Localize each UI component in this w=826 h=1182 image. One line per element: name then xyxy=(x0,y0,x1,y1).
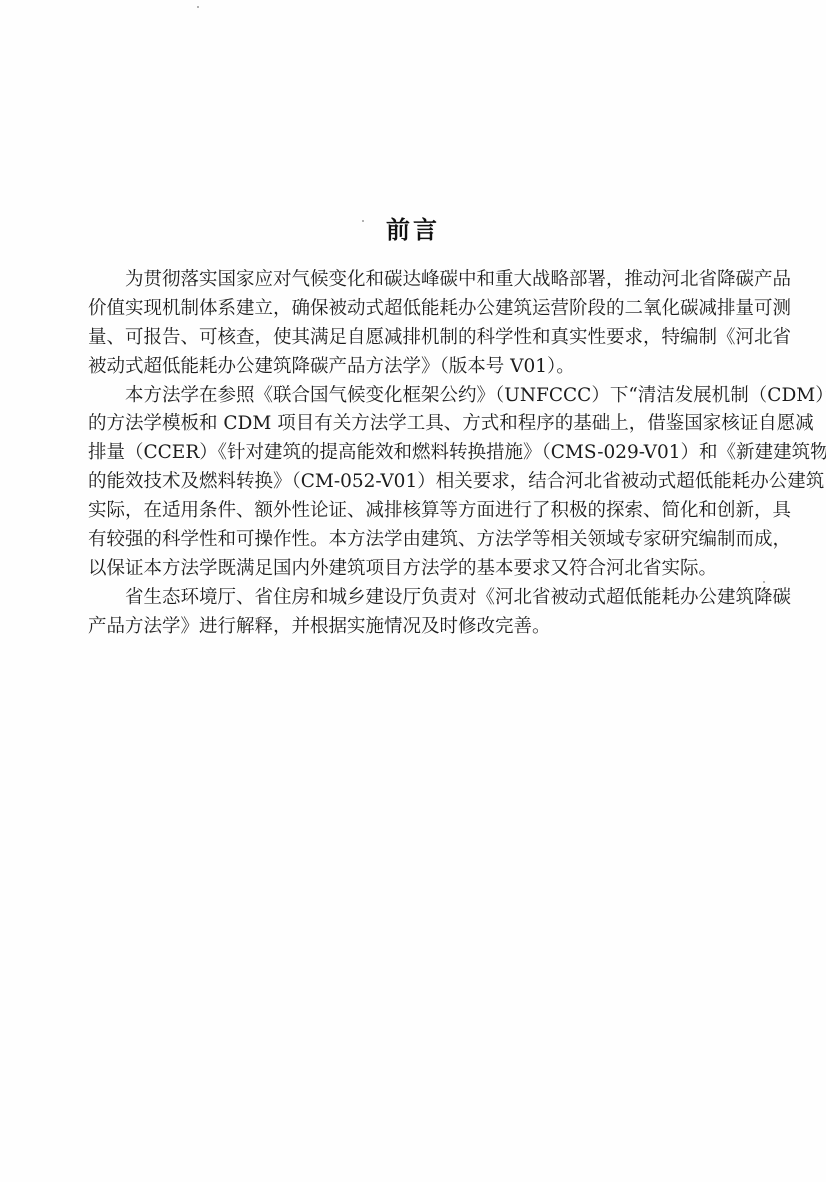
scan-speck xyxy=(763,581,765,583)
text-line: 有较强的科学性和可操作性。本方法学由建筑、方法学等相关领域专家研究编制而成， xyxy=(88,526,740,555)
scan-speck xyxy=(197,6,199,8)
document-body: 为贯彻落实国家应对气候变化和碳达峰碳中和重大战略部署，推动河北省降碳产品 价值实… xyxy=(88,266,740,642)
text-line: 以保证本方法学既满足国内外建筑项目方法学的基本要求又符合河北省实际。 xyxy=(88,555,740,584)
text-line: 的方法学模板和 CDM 项目有关方法学工具、方式和程序的基础上，借鉴国家核证自愿… xyxy=(88,410,740,439)
document-page: 前言 为贯彻落实国家应对气候变化和碳达峰碳中和重大战略部署，推动河北省降碳产品 … xyxy=(0,0,826,1182)
text-line: 为贯彻落实国家应对气候变化和碳达峰碳中和重大战略部署，推动河北省降碳产品 xyxy=(88,266,740,295)
text-line: 量、可报告、可核查，使其满足自愿减排机制的科学性和真实性要求，特编制《河北省 xyxy=(88,324,740,353)
paragraph-1: 为贯彻落实国家应对气候变化和碳达峰碳中和重大战略部署，推动河北省降碳产品 价值实… xyxy=(88,266,740,382)
paragraph-3: 省生态环境厅、省住房和城乡建设厅负责对《河北省被动式超低能耗办公建筑降碳 产品方… xyxy=(88,584,740,642)
text-line: 本方法学在参照《联合国气候变化框架公约》（UNFCCC）下“清洁发展机制（CDM… xyxy=(88,382,740,411)
text-line: 省生态环境厅、省住房和城乡建设厅负责对《河北省被动式超低能耗办公建筑降碳 xyxy=(88,584,740,613)
text-line: 被动式超低能耗办公建筑降碳产品方法学》（版本号 V01）。 xyxy=(88,353,740,382)
page-title: 前言 xyxy=(0,214,826,246)
text-line: 实际，在适用条件、额外性论证、减排核算等方面进行了积极的探索、简化和创新，具 xyxy=(88,497,740,526)
text-line: 价值实现机制体系建立，确保被动式超低能耗办公建筑运营阶段的二氧化碳减排量可测 xyxy=(88,295,740,324)
text-line: 排量（CCER）《针对建筑的提高能效和燃料转换措施》（CMS-029-V01）和… xyxy=(88,439,740,468)
text-line: 产品方法学》进行解释，并根据实施情况及时修改完善。 xyxy=(88,613,740,642)
paragraph-2: 本方法学在参照《联合国气候变化框架公约》（UNFCCC）下“清洁发展机制（CDM… xyxy=(88,382,740,584)
text-line: 的能效技术及燃料转换》（CM-052-V01）相关要求，结合河北省被动式超低能耗… xyxy=(88,468,740,497)
